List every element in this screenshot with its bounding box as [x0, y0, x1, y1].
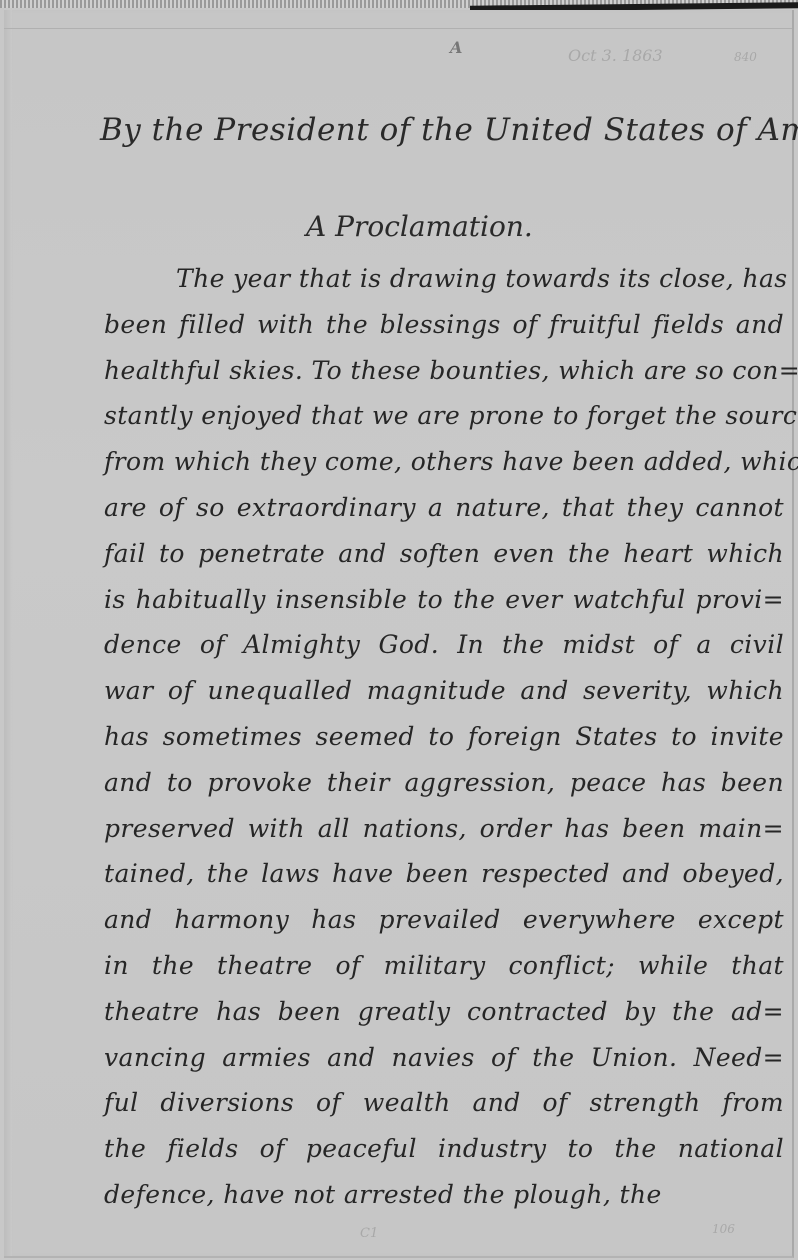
page-left-edge	[4, 10, 12, 1256]
text-line: fail to penetrate and soften even the he…	[104, 531, 784, 577]
proclamation-heading: By the President of the United States of…	[100, 112, 790, 148]
text-line: The year that is drawing towards its clo…	[104, 256, 784, 302]
archival-folio-number: 106	[712, 1222, 735, 1236]
text-line: are of so extraordinary a nature, that t…	[104, 485, 784, 531]
text-line: ful diversions of wealth and of strength…	[104, 1080, 784, 1126]
text-line: war of unequalled magnitude and severity…	[104, 668, 784, 714]
text-line: dence of Almighty God. In the midst of a…	[104, 622, 784, 668]
proclamation-title: A Proclamation.	[306, 210, 533, 243]
text-line: in the theatre of military conflict; whi…	[104, 943, 784, 989]
text-line: defence, have not arrested the plough, t…	[104, 1172, 784, 1218]
text-line: preserved with all nations, order has be…	[104, 806, 784, 852]
pencil-date-note: Oct 3. 1863	[568, 46, 663, 65]
text-line: stantly enjoyed that we are prone to for…	[104, 393, 784, 439]
page-fold-line	[4, 28, 792, 29]
archival-footer-mark: C1	[360, 1226, 378, 1241]
text-line: been filled with the blessings of fruitf…	[104, 302, 784, 348]
archival-page-number: 840	[734, 50, 757, 64]
text-line: healthful skies. To these bounties, whic…	[104, 348, 784, 394]
text-line: is habitually insensible to the ever wat…	[104, 577, 784, 623]
text-line: vancing armies and navies of the Union. …	[104, 1035, 784, 1081]
text-line: theatre has been greatly contracted by t…	[104, 989, 784, 1035]
text-line: tained, the laws have been respected and…	[104, 851, 784, 897]
scanned-document: A Oct 3. 1863 840 By the President of th…	[0, 0, 798, 1260]
archival-mark: A	[450, 38, 462, 57]
text-line: from which they come, others have been a…	[104, 439, 784, 485]
text-line: and harmony has prevailed everywhere exc…	[104, 897, 784, 943]
text-line: and to provoke their aggression, peace h…	[104, 760, 784, 806]
text-line: has sometimes seemed to foreign States t…	[104, 714, 784, 760]
proclamation-body: The year that is drawing towards its clo…	[104, 256, 784, 1218]
text-line: the fields of peaceful industry to the n…	[104, 1126, 784, 1172]
